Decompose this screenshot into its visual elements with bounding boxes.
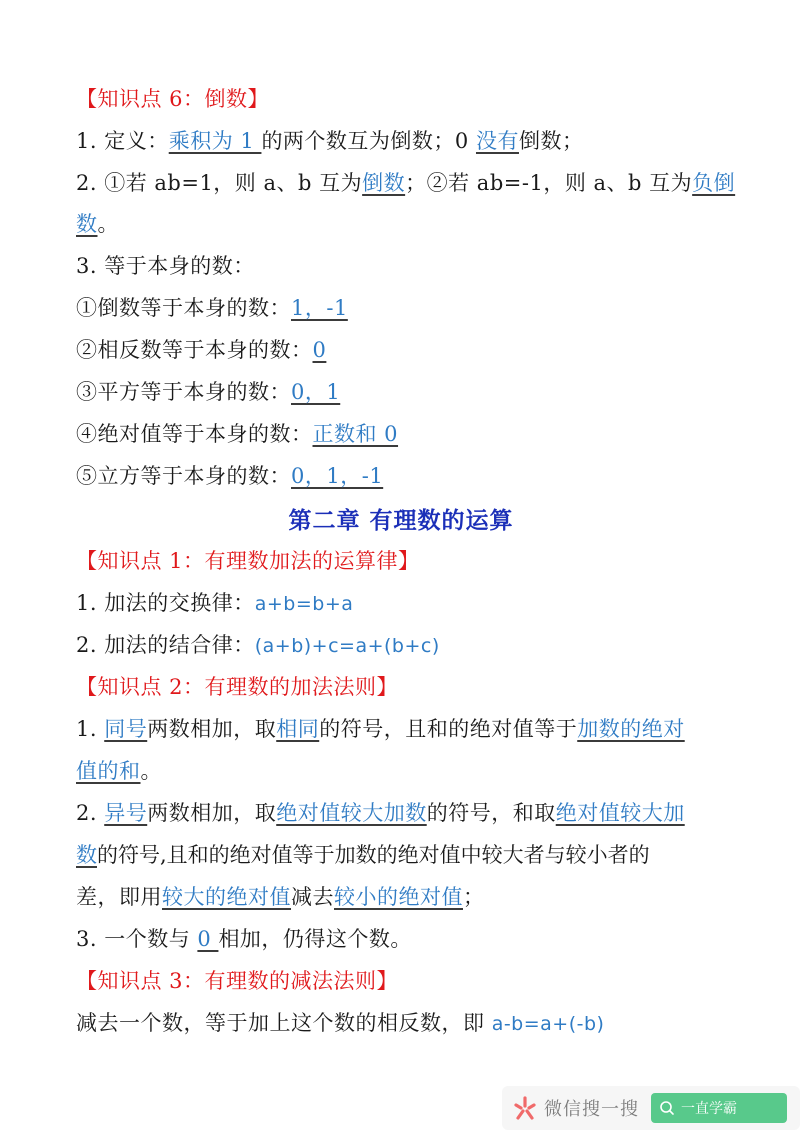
item-label: ⑤立方等于本身的数： [76, 464, 291, 488]
answer-blank: 0，1，-1 [291, 464, 383, 488]
wechat-search-label: 微信搜一搜 [544, 1095, 639, 1121]
formula: a+b=b+a [255, 593, 354, 615]
wechat-search-box[interactable]: 一直学霸 [651, 1093, 787, 1123]
law-label: 1. 加法的交换律： [76, 591, 255, 615]
law-label: 2. 加法的结合律： [76, 633, 255, 657]
answer-blank: 0 [313, 338, 327, 362]
item-label: ④绝对值等于本身的数： [76, 422, 313, 446]
text: 减去一个数，等于加上这个数的相反数，即 [76, 1011, 492, 1035]
answer-blank: 倒数 [362, 171, 405, 195]
text: 的符号，和取 [427, 801, 556, 825]
equal-self-item: ②相反数等于本身的数：0 [76, 335, 326, 365]
text: 3. 一个数与 [76, 927, 197, 951]
search-icon [659, 1100, 675, 1116]
text: 。 [98, 212, 120, 236]
addition-rule-1-cont: 值的和。 [76, 756, 162, 786]
text: 两数相加，取 [147, 801, 276, 825]
section-heading-kp3: 【知识点 3：有理数的减法法则】 [76, 966, 398, 996]
equal-self-title: 3. 等于本身的数： [76, 251, 255, 281]
section-heading-kp1: 【知识点 1：有理数加法的运算律】 [76, 546, 420, 576]
answer-blank: 0，1 [291, 380, 340, 404]
text: 。 [141, 759, 163, 783]
text: 的符号，且和的绝对值等于 [319, 717, 577, 741]
reciprocal-rule-line-cont: 数。 [76, 209, 119, 239]
commutative-law-line: 1. 加法的交换律：a+b=b+a [76, 588, 353, 619]
equal-self-item: ⑤立方等于本身的数：0，1，-1 [76, 461, 383, 491]
addition-rule-2-cont2: 差，即用较大的绝对值减去较小的绝对值； [76, 882, 485, 912]
formula: (a+b)+c=a+(b+c) [255, 635, 440, 657]
answer-blank: 0 [197, 927, 218, 951]
text: 的符号,且和的绝对值等于加数的绝对值中较大者与较小者的 [97, 843, 650, 867]
text: 差，即用 [76, 885, 162, 909]
equal-self-item: ④绝对值等于本身的数：正数和 0 [76, 419, 398, 449]
text: ；②若 ab=-1，则 a、b 互为 [405, 171, 692, 195]
answer-blank: 值的和 [76, 759, 141, 783]
text: 相加，仍得这个数。 [218, 927, 412, 951]
equal-self-item: ③平方等于本身的数：0，1 [76, 377, 340, 407]
answer-blank: 相同 [276, 717, 319, 741]
addition-rule-2-cont: 数的符号,且和的绝对值等于加数的绝对值中较大者与较小者的 [76, 840, 650, 870]
answer-blank: 乘积为 1 [169, 129, 262, 153]
search-query-text: 一直学霸 [681, 1098, 737, 1118]
item-label: ③平方等于本身的数： [76, 380, 291, 404]
answer-blank: 加数的绝对 [577, 717, 685, 741]
addition-rule-3: 3. 一个数与 0 相加，仍得这个数。 [76, 924, 412, 954]
addition-rule-2: 2. 异号两数相加，取绝对值较大加数的符号，和取绝对值较大加 [76, 798, 685, 828]
subtraction-rule-line: 减去一个数，等于加上这个数的相反数，即 a-b=a+(-b) [76, 1008, 604, 1039]
item-label: ②相反数等于本身的数： [76, 338, 313, 362]
item-label: ①倒数等于本身的数： [76, 296, 291, 320]
section-heading-6: 【知识点 6：倒数】 [76, 84, 269, 114]
answer-blank: 没有 [476, 129, 519, 153]
text: 2. ①若 ab=1，则 a、b 互为 [76, 171, 362, 195]
text: ； [463, 885, 485, 909]
answer-blank: 同号 [104, 717, 147, 741]
answer-blank: 负倒 [692, 171, 735, 195]
text: 减去 [291, 885, 334, 909]
addition-rule-1: 1. 同号两数相加，取相同的符号，且和的绝对值等于加数的绝对 [76, 714, 685, 744]
text: 倒数； [519, 129, 584, 153]
equal-self-item: ①倒数等于本身的数：1，-1 [76, 293, 348, 323]
reciprocal-rule-line: 2. ①若 ab=1，则 a、b 互为倒数；②若 ab=-1，则 a、b 互为负… [76, 168, 735, 198]
text: 2. [76, 801, 104, 825]
answer-blank: 较小的绝对值 [334, 885, 463, 909]
answer-blank: 绝对值较大加数 [276, 801, 427, 825]
answer-blank: 1，-1 [291, 296, 348, 320]
wechat-search-watermark[interactable]: 微信搜一搜 一直学霸 [502, 1086, 800, 1130]
text: 两数相加，取 [147, 717, 276, 741]
answer-blank: 数 [76, 843, 97, 867]
answer-blank: 数 [76, 212, 98, 236]
chapter-title: 第二章 有理数的运算 [76, 505, 726, 537]
formula: a-b=a+(-b) [492, 1013, 605, 1035]
answer-blank: 正数和 0 [313, 422, 399, 446]
wechat-search-logo-icon [512, 1095, 538, 1121]
text: 1. 定义： [76, 129, 169, 153]
definition-line: 1. 定义：乘积为 1 的两个数互为倒数；0 没有倒数； [76, 126, 583, 156]
section-heading-kp2: 【知识点 2：有理数的加法法则】 [76, 672, 398, 702]
answer-blank: 异号 [104, 801, 147, 825]
answer-blank: 较大的绝对值 [162, 885, 291, 909]
answer-blank: 绝对值较大加 [556, 801, 685, 825]
text: 1. [76, 717, 104, 741]
associative-law-line: 2. 加法的结合律：(a+b)+c=a+(b+c) [76, 630, 440, 661]
text: 的两个数互为倒数；0 [261, 129, 476, 153]
